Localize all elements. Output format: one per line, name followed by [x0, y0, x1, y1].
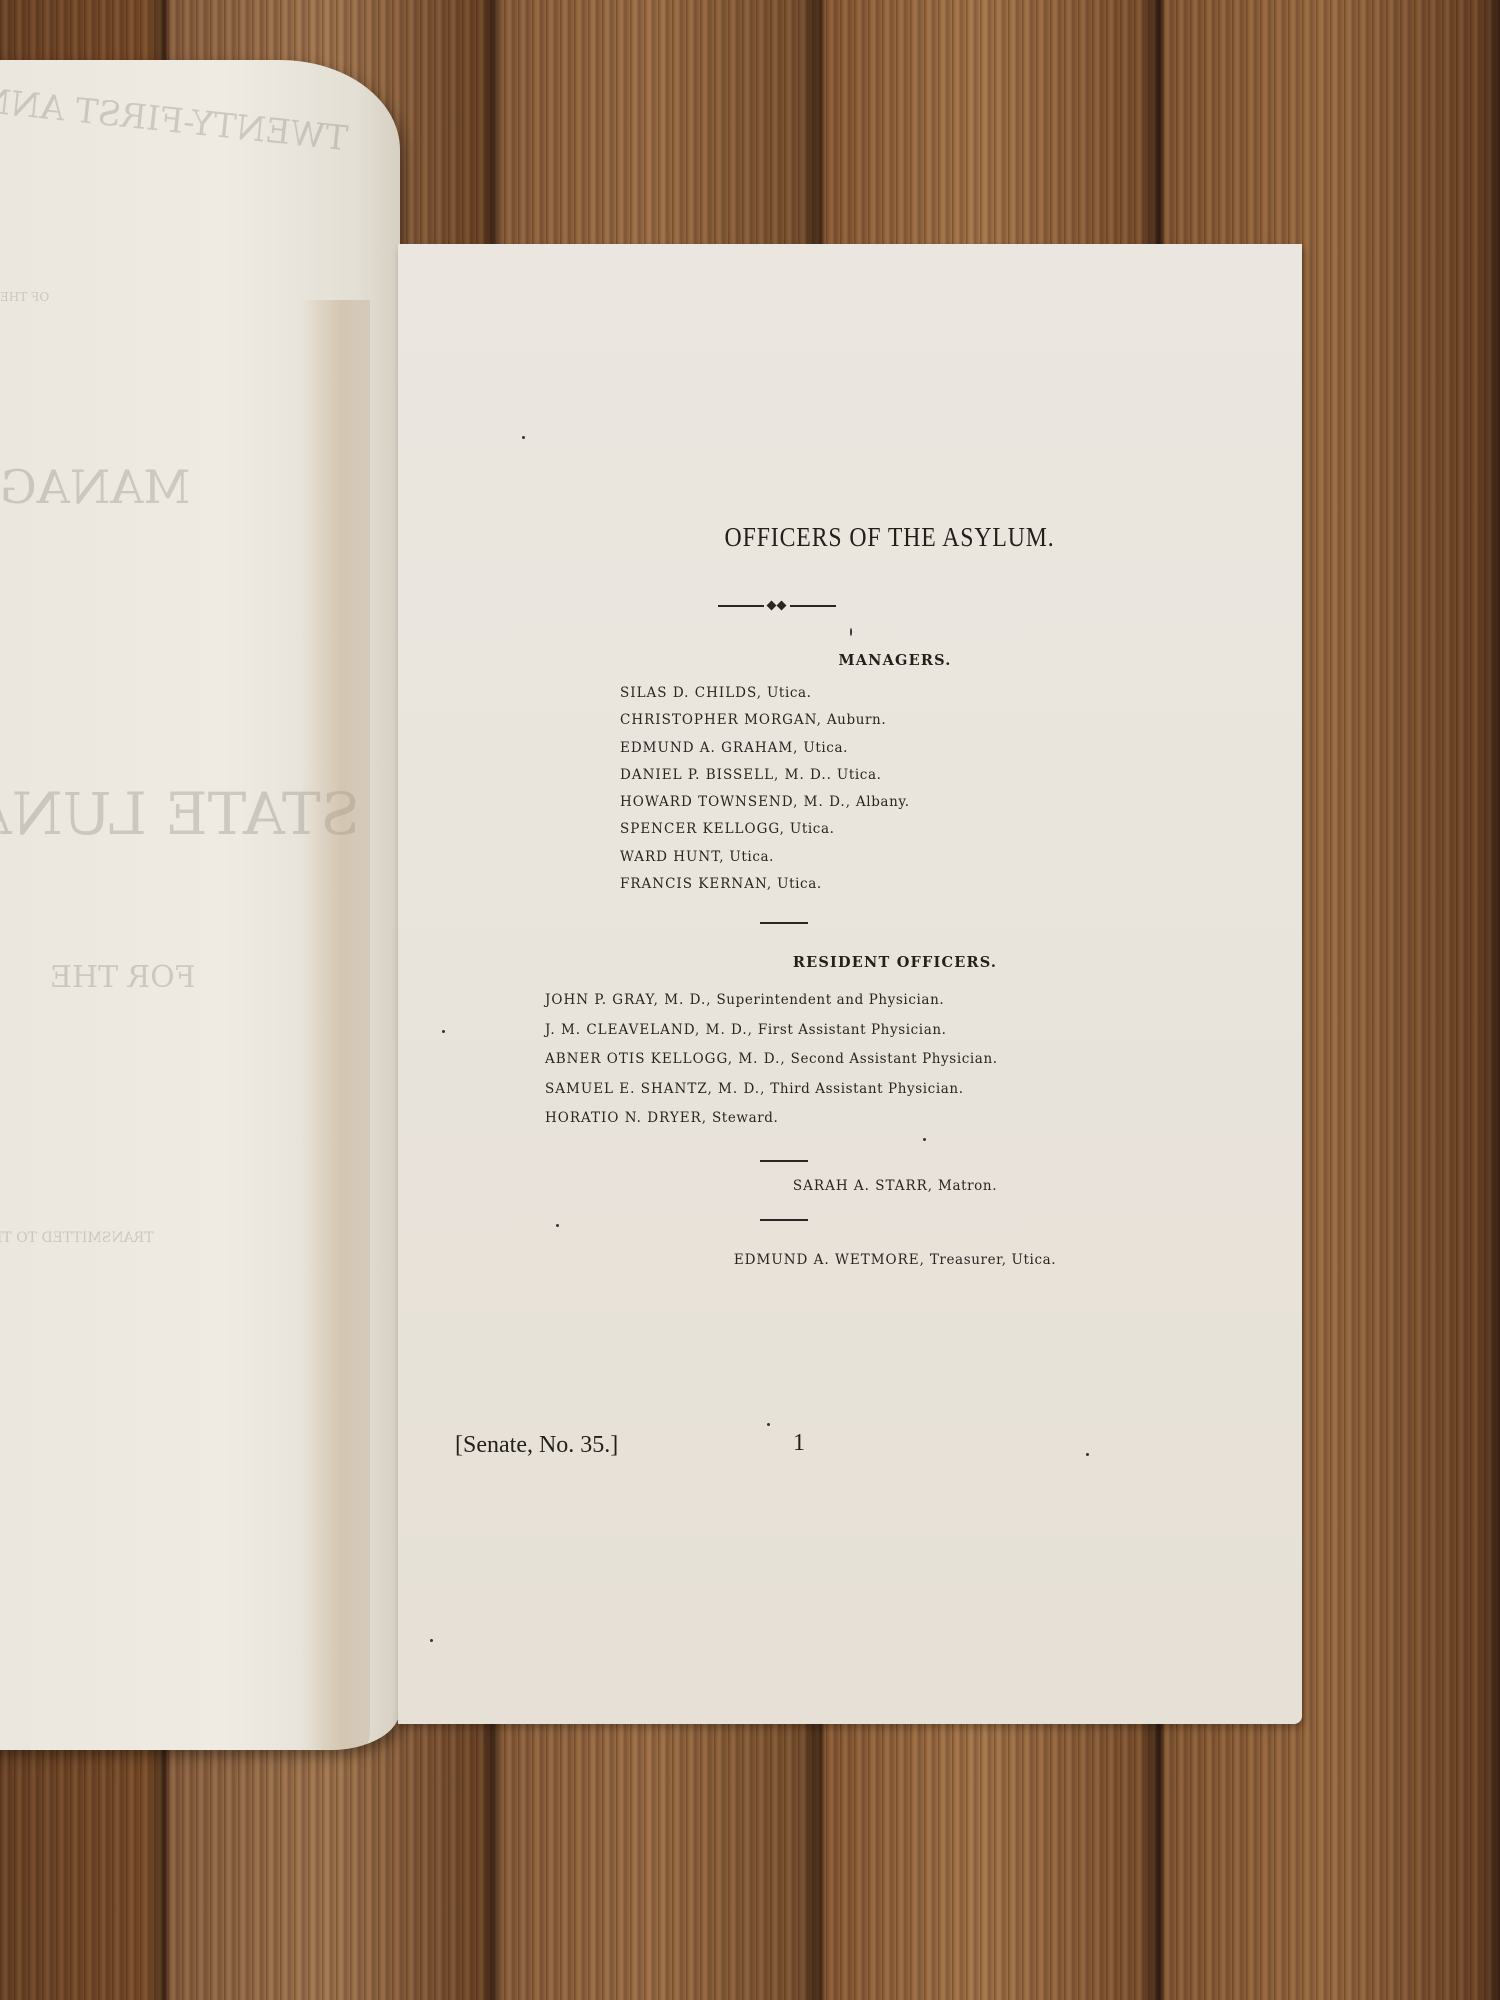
manager-location: Albany. [856, 794, 910, 810]
officer-name: SAMUEL E. SHANTZ, M. D., [545, 1081, 765, 1097]
page-title: OFFICERS OF THE ASYLUM. [452, 522, 1248, 553]
manager-location: Utica. [777, 876, 822, 892]
ornament-line [718, 605, 764, 607]
manager-name: WARD HUNT, [620, 849, 725, 865]
officer-role: Second Assistant Physician. [791, 1051, 998, 1067]
paper-speck [522, 436, 525, 439]
manager-entry: CHRISTOPHER MORGAN, Auburn. [620, 707, 910, 734]
treasurer-role: Treasurer, Utica. [930, 1252, 1056, 1268]
officer-role: Steward. [712, 1110, 778, 1126]
paper-speck [1086, 1453, 1089, 1456]
officer-entry: ABNER OTIS KELLOGG, M. D., Second Assist… [545, 1045, 998, 1075]
matron-role: Matron. [938, 1178, 997, 1194]
page-number: 1 [793, 1430, 805, 1457]
page-gutter-shadow [300, 300, 370, 1750]
bleed-through-text: MANAG [0, 460, 191, 514]
officer-role: Superintendent and Physician. [716, 992, 944, 1008]
manager-name: HOWARD TOWNSEND, M. D., [620, 794, 851, 810]
diamond-icon [777, 601, 787, 611]
officer-entry: JOHN P. GRAY, M. D., Superintendent and … [545, 986, 998, 1016]
ornament-line [790, 605, 836, 607]
manager-entry: SILAS D. CHILDS, Utica. [620, 680, 910, 707]
matron-name: SARAH A. STARR, [793, 1178, 933, 1194]
manager-entry: DANIEL P. BISSELL, M. D.. Utica. [620, 762, 910, 789]
paper-speck [430, 1639, 433, 1642]
paper-speck [767, 1423, 770, 1426]
officer-role: Third Assistant Physician. [770, 1081, 963, 1097]
bleed-through-text: TWENTY-FIRST ANN [0, 81, 350, 159]
paper-speck [850, 628, 852, 636]
officer-role: First Assistant Physician. [758, 1022, 947, 1038]
manager-entry: WARD HUNT, Utica. [620, 844, 910, 871]
decorative-ornament-divider [718, 601, 836, 611]
manager-name: SPENCER KELLOGG, [620, 821, 785, 837]
manager-location: Auburn. [827, 712, 886, 728]
managers-heading: MANAGERS. [398, 652, 1302, 669]
officer-entry: J. M. CLEAVELAND, M. D., First Assistant… [545, 1016, 998, 1046]
section-divider [760, 1219, 808, 1221]
manager-name: CHRISTOPHER MORGAN, [620, 712, 822, 728]
manager-location: Utica. [767, 685, 812, 701]
paper-speck [442, 1030, 445, 1033]
treasurer-entry: EDMUND A. WETMORE, Treasurer, Utica. [398, 1252, 1302, 1268]
officer-entry: HORATIO N. DRYER, Steward. [545, 1104, 998, 1134]
officer-name: ABNER OTIS KELLOGG, M. D., [545, 1051, 786, 1067]
officer-name: HORATIO N. DRYER, [545, 1110, 707, 1126]
manager-name: EDMUND A. GRAHAM, [620, 740, 798, 756]
paper-speck [556, 1224, 559, 1227]
bleed-through-text: OF THE [0, 290, 49, 304]
left-page-verso: TWENTY-FIRST ANN OF THE MANAG STATE LUNA… [0, 60, 400, 1750]
manager-name: DANIEL P. BISSELL, M. D.. [620, 767, 832, 783]
section-divider [760, 922, 808, 924]
managers-list: SILAS D. CHILDS, Utica. CHRISTOPHER MORG… [620, 680, 910, 898]
manager-location: Utica. [803, 740, 848, 756]
diamond-icon [767, 601, 777, 611]
officer-name: J. M. CLEAVELAND, M. D., [545, 1022, 753, 1038]
right-page-recto: OFFICERS OF THE ASYLUM. MANAGERS. SILAS … [398, 244, 1302, 1724]
manager-name: FRANCIS KERNAN, [620, 876, 772, 892]
officer-entry: SAMUEL E. SHANTZ, M. D., Third Assistant… [545, 1075, 998, 1105]
resident-officers-list: JOHN P. GRAY, M. D., Superintendent and … [545, 986, 998, 1134]
bleed-through-text: TRANSMITTED TO THE [0, 1230, 154, 1246]
section-divider [760, 1160, 808, 1162]
manager-location: Utica. [790, 821, 835, 837]
manager-location: Utica. [729, 849, 774, 865]
paper-speck [923, 1138, 926, 1141]
manager-name: SILAS D. CHILDS, [620, 685, 762, 701]
manager-entry: FRANCIS KERNAN, Utica. [620, 871, 910, 898]
page-content: OFFICERS OF THE ASYLUM. MANAGERS. SILAS … [398, 244, 1302, 1724]
matron-entry: SARAH A. STARR, Matron. [398, 1178, 1302, 1194]
manager-entry: EDMUND A. GRAHAM, Utica. [620, 735, 910, 762]
officer-name: JOHN P. GRAY, M. D., [545, 992, 712, 1008]
manager-location: Utica. [837, 767, 882, 783]
manager-entry: HOWARD TOWNSEND, M. D., Albany. [620, 789, 910, 816]
treasurer-name: EDMUND A. WETMORE, [734, 1252, 925, 1268]
resident-officers-heading: RESIDENT OFFICERS. [398, 954, 1302, 971]
signature-mark: [Senate, No. 35.] [455, 1432, 618, 1459]
bleed-through-text: FOR THE [50, 960, 196, 995]
manager-entry: SPENCER KELLOGG, Utica. [620, 816, 910, 843]
